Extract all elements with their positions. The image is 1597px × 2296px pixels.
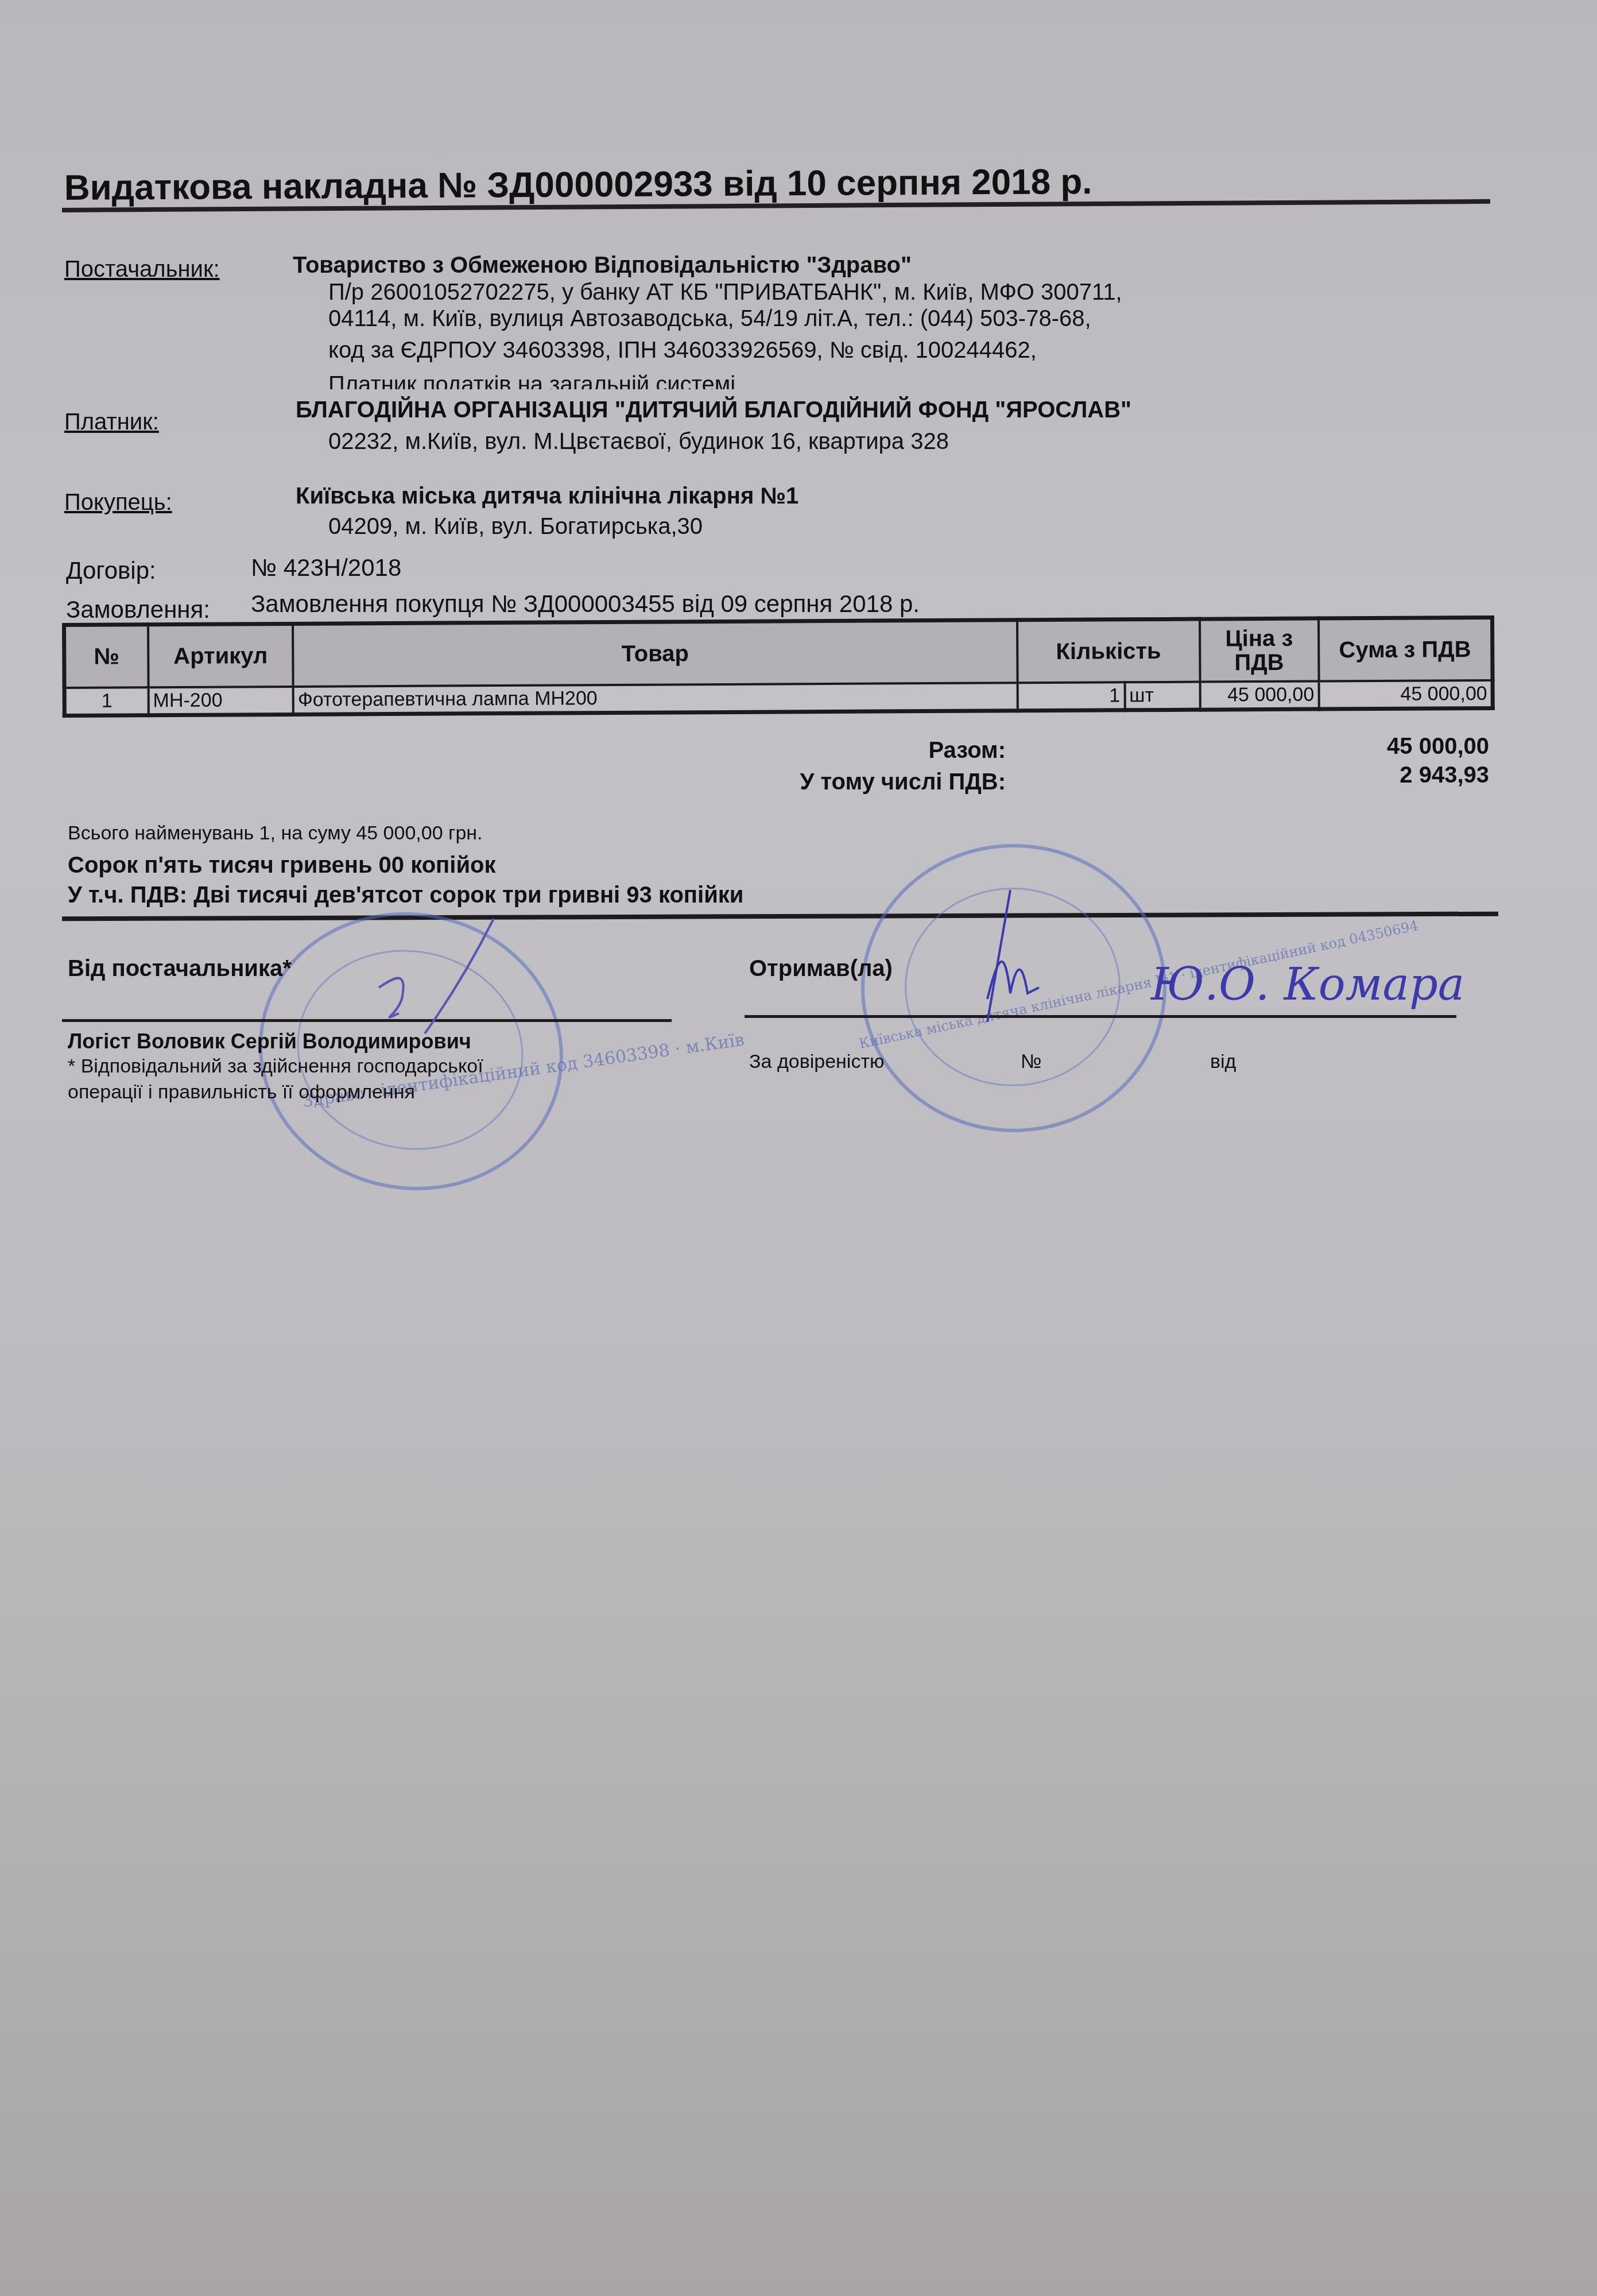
supplier-label: Постачальник: (64, 257, 220, 282)
total-label: Разом: (928, 738, 1006, 764)
from-supplier-label: Від постачальника* (68, 956, 292, 982)
contract-label: Договір: (66, 557, 156, 584)
payer-label: Платник: (64, 409, 159, 435)
cell-price: 45 000,00 (1200, 682, 1319, 710)
payer-address: 02232, м.Київ, вул. М.Цвєтаєвої, будинок… (328, 429, 949, 455)
supplier-codes-line: код за ЄДРПОУ 34603398, ІПН 346033926569… (328, 338, 1037, 363)
vat-in-words: У т.ч. ПДВ: Дві тисячі дев'ятсот сорок т… (68, 882, 743, 908)
recipient-handwritten-name: Ю.О. Комара (1151, 959, 1464, 1010)
amount-in-words: Сорок п'ять тисяч гривень 00 копійок (68, 853, 495, 878)
col-header-sum: Сума з ПДВ (1319, 617, 1493, 681)
supplier-address-line: 04114, м. Київ, вулиця Автозаводська, 54… (328, 306, 1091, 332)
proxy-number-label: № (1021, 1051, 1041, 1073)
col-header-quantity: Кількість (1017, 619, 1200, 683)
cell-no: 1 (64, 687, 149, 715)
col-header-article: Артикул (148, 624, 293, 687)
supplier-signature (344, 913, 528, 1062)
col-header-price: Ціна з ПДВ (1200, 618, 1319, 682)
total-value: 45 000,00 (1387, 734, 1489, 760)
responsibility-footnote-2: операції і правильність її оформлення (68, 1081, 415, 1104)
col-header-product: Товар (293, 620, 1017, 687)
order-value: Замовлення покупця № ЗД000003455 від 09 … (251, 590, 920, 618)
buyer-address: 04209, м. Київ, вул. Богатирська,30 (328, 514, 703, 540)
proxy-label: За довіреністю (749, 1051, 884, 1073)
order-label: Замовлення: (66, 596, 210, 624)
col-header-no: № (64, 625, 149, 688)
col-header-price-line1: Ціна з (1225, 626, 1293, 652)
cell-product: Фототерапевтична лампа МН200 (293, 683, 1018, 714)
supplier-bank-line: П/р 26001052702275, у банку АТ КБ "ПРИВА… (328, 280, 1122, 305)
proxy-date-label: від (1210, 1051, 1236, 1073)
cell-sum: 45 000,00 (1319, 680, 1493, 709)
goods-table: № Артикул Товар Кількість Ціна з ПДВ Сум… (62, 615, 1495, 718)
vat-value: 2 943,93 (1400, 762, 1489, 788)
cell-article: МН-200 (148, 687, 293, 715)
buyer-label: Покупець: (64, 490, 172, 516)
received-label: Отримав(ла) (749, 956, 893, 982)
buyer-name: Київська міська дитяча клінічна лікарня … (296, 483, 798, 509)
payer-name: БЛАГОДІЙНА ОРГАНІЗАЦІЯ "ДИТЯЧИЙ БЛАГОДІЙ… (296, 397, 1131, 423)
supplier-tax-line: Платник податків на загальній системі (328, 372, 735, 389)
vat-label: У тому числі ПДВ: (800, 769, 1006, 795)
summary-divider (62, 912, 1498, 922)
contract-value: № 423Н/2018 (251, 554, 401, 582)
items-count-line: Всього найменувань 1, на суму 45 000,00 … (68, 822, 483, 845)
cell-unit: шт (1125, 682, 1200, 710)
invoice-title: Видаткова накладна № ЗД000002933 від 10 … (64, 161, 1092, 208)
recipient-signature (970, 884, 1062, 1033)
recipient-signature-line (745, 1015, 1456, 1018)
table-header-row: № Артикул Товар Кількість Ціна з ПДВ Сум… (64, 617, 1493, 688)
supplier-name: Товариство з Обмеженою Відповідальністю … (293, 253, 912, 278)
col-header-price-line2: ПДВ (1234, 650, 1284, 675)
cell-qty: 1 (1017, 682, 1125, 710)
